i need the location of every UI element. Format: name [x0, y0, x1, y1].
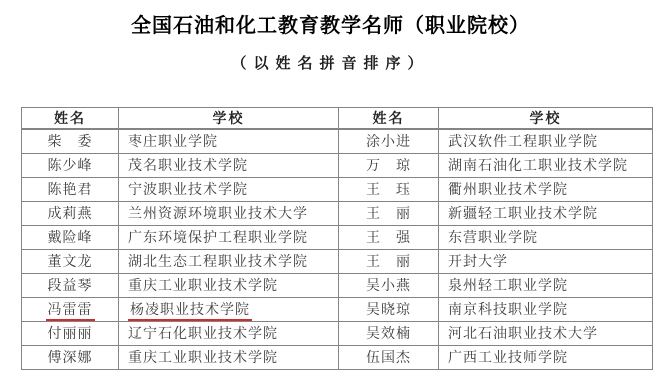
teacher-name: 王 丽: [366, 206, 411, 222]
teacher-name: 傅深娜: [48, 350, 93, 366]
school-cell-left: 茂名职业技术学院: [119, 153, 339, 177]
table-row: 段益琴 重庆工业职业技术学院 吴小燕 泉州轻工职业学院: [22, 273, 653, 297]
header-name-right: 姓名: [339, 108, 439, 130]
name-cell-right: 伍国杰: [339, 345, 439, 369]
teacher-name: 董文龙: [48, 254, 93, 270]
school-cell-left: 重庆工业职业技术学院: [119, 273, 339, 297]
teacher-name: 冯雷雷: [46, 302, 95, 321]
table-row: 冯雷雷 杨凌职业技术学院 吴晓琼 南京科技职业学院: [22, 297, 653, 321]
school-cell-left: 宁波职业技术学院: [119, 177, 339, 201]
name-cell-right: 王 珏: [339, 177, 439, 201]
teacher-name: 吴小燕: [366, 278, 411, 294]
school-name: 湖北生态工程职业技术学院: [128, 254, 308, 270]
school-cell-left: 广东环境保护工程职业学院: [119, 225, 339, 249]
school-cell-left: 辽宁石化职业技术学院: [119, 321, 339, 345]
name-cell-right: 吴小燕: [339, 273, 439, 297]
name-cell-left: 成莉燕: [22, 201, 119, 225]
table-row: 傅深娜 重庆工业职业技术学院 伍国杰 广西工业技师学院: [22, 345, 653, 369]
teacher-name: 万 琼: [366, 158, 411, 174]
teacher-name: 吴效楠: [366, 326, 411, 342]
school-name: 南京科技职业学院: [448, 302, 568, 318]
name-cell-right: 王 强: [339, 225, 439, 249]
table-row: 成莉燕 兰州资源环境职业技术大学 王 丽 新疆轻工职业技术学院: [22, 201, 653, 225]
school-cell-left: 重庆工业职业技术学院: [119, 345, 339, 369]
school-cell-right: 湖南石油化工职业技术学院: [439, 153, 653, 177]
school-cell-left: 湖北生态工程职业技术学院: [119, 249, 339, 273]
name-cell-right: 万 琼: [339, 153, 439, 177]
document-subtitle: （以姓名拼音排序）: [0, 54, 661, 72]
school-name: 武汉软件工程职业学院: [448, 134, 598, 150]
teacher-name: 吴晓琼: [366, 302, 411, 318]
name-cell-right: 王 丽: [339, 201, 439, 225]
teacher-name: 陈艳君: [48, 182, 93, 198]
name-cell-left: 陈艳君: [22, 177, 119, 201]
name-cell-right: 王 丽: [339, 249, 439, 273]
teacher-name: 柴 委: [48, 134, 93, 150]
table-row: 董文龙 湖北生态工程职业技术学院 王 丽 开封大学: [22, 249, 653, 273]
table-row: 付丽丽 辽宁石化职业技术学院 吴效楠 河北石油职业技术大学: [22, 321, 653, 345]
school-name: 开封大学: [448, 254, 508, 270]
school-name: 重庆工业职业技术学院: [128, 350, 278, 366]
school-name: 辽宁石化职业技术学院: [128, 326, 278, 342]
school-cell-right: 新疆轻工职业技术学院: [439, 201, 653, 225]
school-cell-right: 武汉软件工程职业学院: [439, 129, 653, 153]
teacher-name: 伍国杰: [366, 350, 411, 366]
name-cell-right: 吴晓琼: [339, 297, 439, 321]
teacher-name: 段益琴: [48, 278, 93, 294]
header-school-right: 学校: [439, 108, 653, 130]
school-name: 广东环境保护工程职业学院: [128, 230, 308, 246]
school-name: 新疆轻工职业技术学院: [448, 206, 598, 222]
document-title: 全国石油和化工教育教学名师（职业院校）: [0, 13, 661, 37]
school-name: 枣庄职业学院: [128, 134, 218, 150]
name-cell-left: 冯雷雷: [22, 297, 119, 321]
school-cell-left: 枣庄职业学院: [119, 129, 339, 153]
school-cell-right: 泉州轻工职业学院: [439, 273, 653, 297]
header-school-left: 学校: [119, 108, 339, 130]
school-name: 重庆工业职业技术学院: [128, 278, 278, 294]
name-cell-left: 戴险峰: [22, 225, 119, 249]
school-name: 湖南石油化工职业技术学院: [448, 158, 628, 174]
table-row: 陈艳君 宁波职业技术学院 王 珏 衢州职业技术学院: [22, 177, 653, 201]
teacher-name: 付丽丽: [48, 326, 93, 342]
teacher-name: 涂小进: [366, 134, 411, 150]
school-name: 广西工业技师学院: [448, 350, 568, 366]
teacher-name: 王 珏: [366, 182, 411, 198]
school-name: 泉州轻工职业学院: [448, 278, 568, 294]
table-header-row: 姓名 学校 姓名 学校: [22, 108, 653, 130]
school-cell-right: 广西工业技师学院: [439, 345, 653, 369]
table-body: 柴 委 枣庄职业学院 涂小进 武汉软件工程职业学院 陈少峰 茂名职业技术学院 万…: [22, 129, 653, 369]
document-page: 全国石油和化工教育教学名师（职业院校） （以姓名拼音排序） 姓名 学校 姓名 学…: [0, 13, 661, 72]
teacher-name: 戴险峰: [48, 230, 93, 246]
school-cell-right: 衢州职业技术学院: [439, 177, 653, 201]
teacher-name: 王 丽: [366, 254, 411, 270]
table-row: 陈少峰 茂名职业技术学院 万 琼 湖南石油化工职业技术学院: [22, 153, 653, 177]
school-name: 东营职业学院: [448, 230, 538, 246]
school-cell-left: 兰州资源环境职业技术大学: [119, 201, 339, 225]
school-cell-left: 杨凌职业技术学院: [119, 297, 339, 321]
name-cell-left: 陈少峰: [22, 153, 119, 177]
name-cell-left: 付丽丽: [22, 321, 119, 345]
school-name: 茂名职业技术学院: [128, 158, 248, 174]
name-cell-left: 傅深娜: [22, 345, 119, 369]
name-cell-left: 柴 委: [22, 129, 119, 153]
teacher-name: 陈少峰: [48, 158, 93, 174]
name-cell-right: 涂小进: [339, 129, 439, 153]
teacher-name: 王 强: [366, 230, 411, 246]
school-cell-right: 南京科技职业学院: [439, 297, 653, 321]
school-name: 杨凌职业技术学院: [128, 302, 252, 321]
school-name: 兰州资源环境职业技术大学: [128, 206, 308, 222]
school-cell-right: 东营职业学院: [439, 225, 653, 249]
school-cell-right: 开封大学: [439, 249, 653, 273]
name-cell-right: 吴效楠: [339, 321, 439, 345]
school-name: 河北石油职业技术大学: [448, 326, 598, 342]
school-name: 宁波职业技术学院: [128, 182, 248, 198]
teachers-table: 姓名 学校 姓名 学校 柴 委 枣庄职业学院 涂小进 武汉软件工程职业学院 陈少…: [21, 107, 653, 370]
table-row: 戴险峰 广东环境保护工程职业学院 王 强 东营职业学院: [22, 225, 653, 249]
name-cell-left: 段益琴: [22, 273, 119, 297]
teacher-name: 成莉燕: [48, 206, 93, 222]
table-row: 柴 委 枣庄职业学院 涂小进 武汉软件工程职业学院: [22, 129, 653, 153]
header-name-left: 姓名: [22, 108, 119, 130]
name-cell-left: 董文龙: [22, 249, 119, 273]
school-cell-right: 河北石油职业技术大学: [439, 321, 653, 345]
school-name: 衢州职业技术学院: [448, 182, 568, 198]
